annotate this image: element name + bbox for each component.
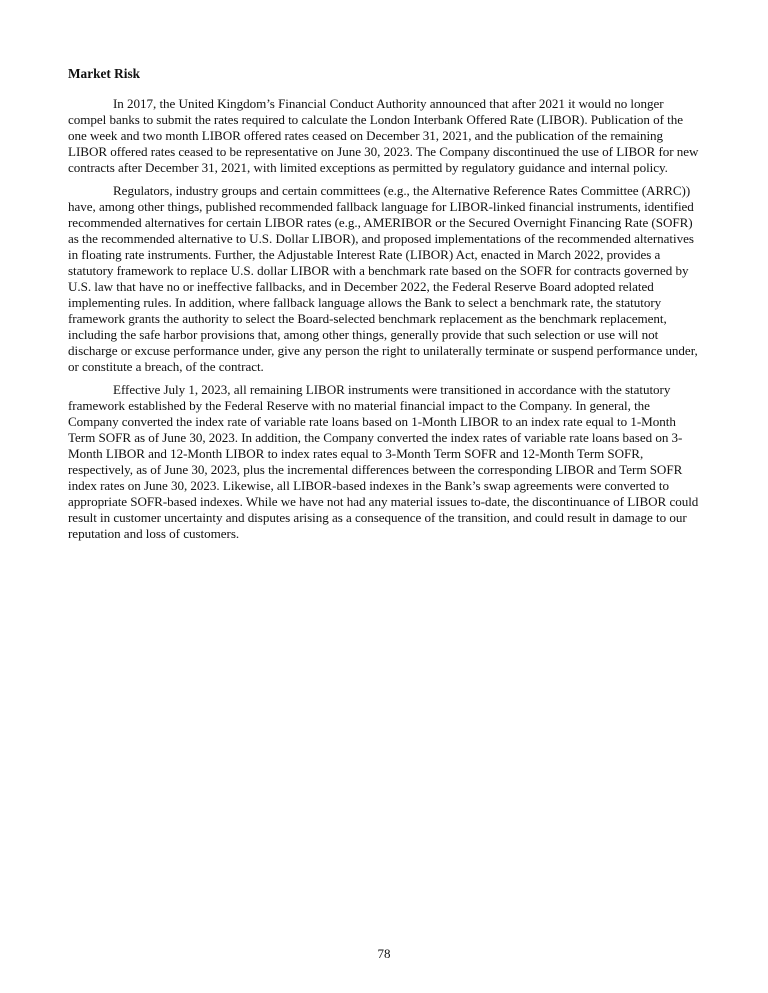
section-heading: Market Risk [68,66,702,82]
page-number: 78 [0,946,768,962]
document-page: Market Risk In 2017, the United Kingdom’… [68,66,702,549]
paragraph-transition: Effective July 1, 2023, all remaining LI… [68,382,702,542]
paragraph-libor-cessation: In 2017, the United Kingdom’s Financial … [68,96,702,176]
paragraph-regulatory-alternatives: Regulators, industry groups and certain … [68,183,702,375]
